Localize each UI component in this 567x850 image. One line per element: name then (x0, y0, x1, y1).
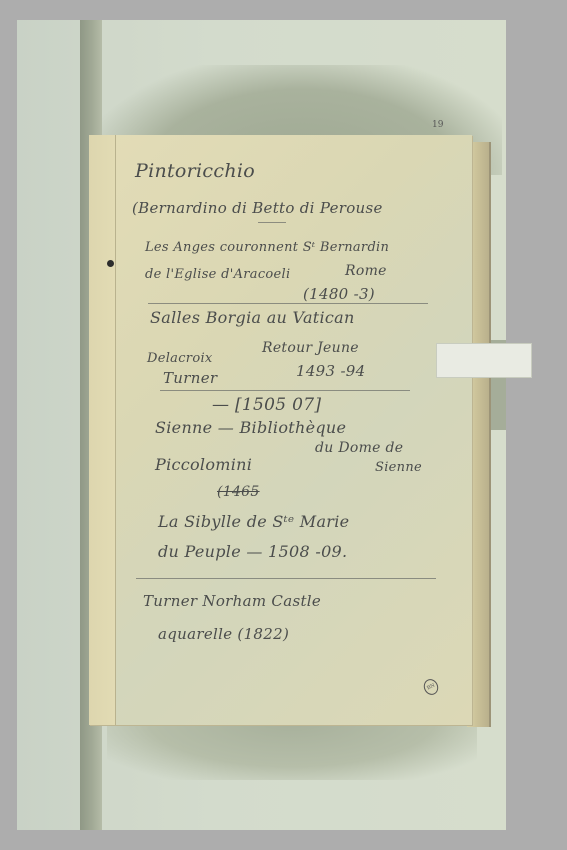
divider-rule (136, 578, 436, 579)
handwritten-line: Les Anges couronnent Sᵗ Bernardin (145, 240, 389, 255)
ink-blot (107, 260, 114, 267)
handwritten-line: (1480 -3) (303, 285, 375, 303)
handwritten-line: Sienne (375, 460, 422, 475)
handwritten-line: 1493 -94 (296, 362, 366, 380)
handwritten-line: aquarelle (1822) (158, 625, 289, 643)
handwritten-line: La Sibylle de Sᵗᵉ Marie (158, 512, 349, 531)
handwritten-line: Sienne — Bibliothèque (155, 418, 346, 437)
handwritten-line: (Bernardino di Betto di Perouse (132, 199, 383, 217)
handwritten-line: Piccolomini (155, 455, 252, 474)
handwritten-line: Turner (163, 369, 217, 387)
divider-rule (148, 303, 428, 304)
handwritten-title: Pintoricchio (135, 160, 255, 182)
notebook-page-fold (89, 135, 116, 725)
divider-rule (160, 390, 410, 391)
handwritten-line: Salles Borgia au Vatican (150, 308, 355, 327)
handwritten-line: — [1505 07] (212, 395, 321, 415)
wall-left (17, 20, 80, 830)
handwritten-line: Retour Jeune (262, 340, 359, 356)
book-shadow-bottom (107, 720, 477, 780)
handwritten-line: Turner Norham Castle (143, 592, 321, 610)
handwritten-line-struck: (1465 (217, 484, 260, 500)
handwritten-line: Delacroix (147, 351, 213, 366)
handwritten-line: de l'Eglise d'Aracoeli (145, 267, 290, 282)
handwritten-line: du Peuple — 1508 -09. (158, 542, 347, 561)
page-number: 19 (432, 120, 443, 130)
underline-rule (258, 222, 286, 223)
handwritten-line: du Dome de (315, 440, 403, 456)
paper-tab-marker (436, 343, 532, 378)
handwritten-line: Rome (345, 263, 387, 279)
